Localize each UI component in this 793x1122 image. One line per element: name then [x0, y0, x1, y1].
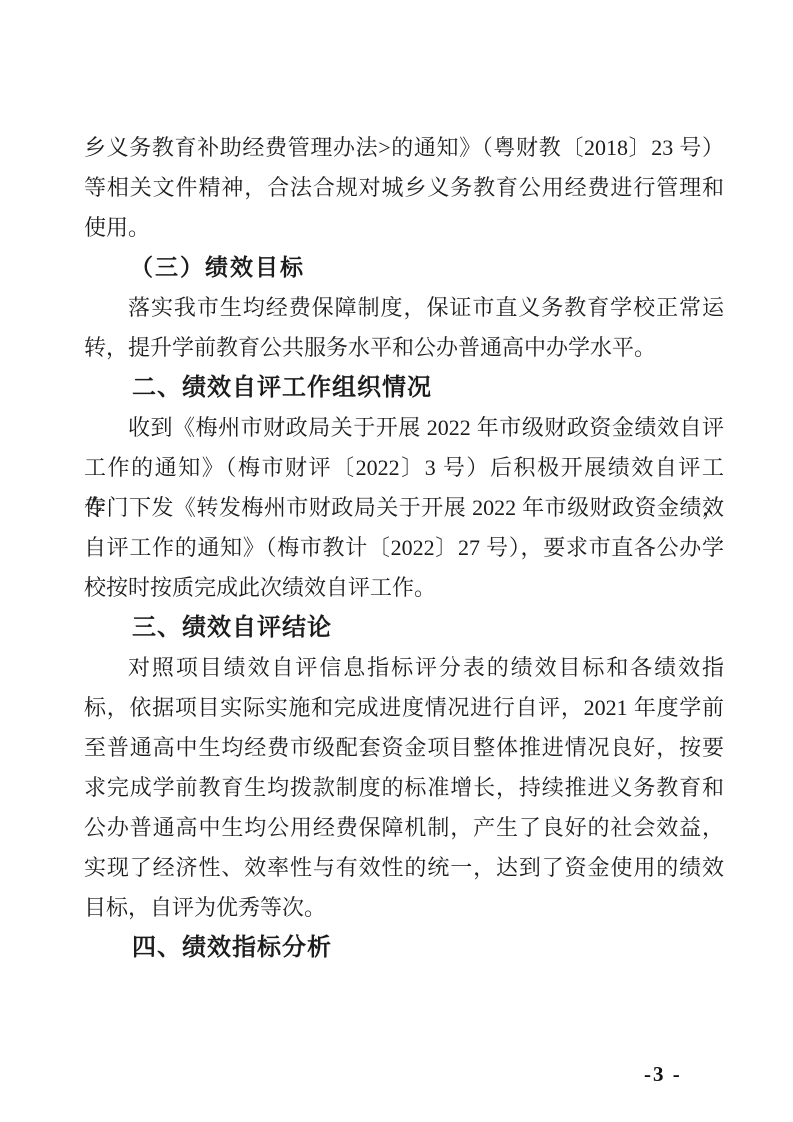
- text-line: 收到《梅州市财政局关于开展 2022 年市级财政资金绩效自评: [84, 408, 724, 448]
- text-line: 落实我市生均经费保障制度，保证市直义务教育学校正常运: [84, 288, 724, 328]
- text-line: 自评工作的通知》（梅市教计〔2022〕27 号），要求市直各公办学: [84, 528, 724, 568]
- document-body: 乡义务教育补助经费管理办法>的通知》（粤财教〔2018〕23 号） 等相关文件精…: [84, 128, 724, 968]
- sub-heading: （三）绩效目标: [84, 248, 724, 288]
- document-page: 乡义务教育补助经费管理办法>的通知》（粤财教〔2018〕23 号） 等相关文件精…: [0, 0, 793, 1122]
- text-line: 求完成学前教育生均拨款制度的标准增长，持续推进义务教育和: [84, 768, 724, 808]
- text-line: 实现了经济性、效率性与有效性的统一，达到了资金使用的绩效: [84, 848, 724, 888]
- text-line: 目标，自评为优秀等次。: [84, 888, 724, 928]
- text-line: 专门下发《转发梅州市财政局关于开展 2022 年市级财政资金绩效: [84, 488, 724, 528]
- text-line: 等相关文件精神，合法合规对城乡义务教育公用经费进行管理和: [84, 168, 724, 208]
- section-heading: 四、绩效指标分析: [84, 928, 724, 968]
- text-line: 对照项目绩效自评信息指标评分表的绩效目标和各绩效指: [84, 648, 724, 688]
- section-heading: 二、绩效自评工作组织情况: [84, 368, 724, 408]
- text-line: 转，提升学前教育公共服务水平和公办普通高中办学水平。: [84, 328, 724, 368]
- text-line: 乡义务教育补助经费管理办法>的通知》（粤财教〔2018〕23 号）: [84, 128, 724, 168]
- text-line: 校按时按质完成此次绩效自评工作。: [84, 568, 724, 608]
- section-heading: 三、绩效自评结论: [84, 608, 724, 648]
- text-line: 标，依据项目实际实施和完成进度情况进行自评，2021 年度学前: [84, 688, 724, 728]
- page-number: -3 -: [644, 1062, 682, 1087]
- text-line: 使用。: [84, 208, 724, 248]
- text-line: 至普通高中生均经费市级配套资金项目整体推进情况良好，按要: [84, 728, 724, 768]
- text-line: 工作的通知》（梅市财评〔2022〕3 号）后积极开展绩效自评工作，: [84, 448, 724, 488]
- text-line: 公办普通高中生均公用经费保障机制，产生了良好的社会效益，: [84, 808, 724, 848]
